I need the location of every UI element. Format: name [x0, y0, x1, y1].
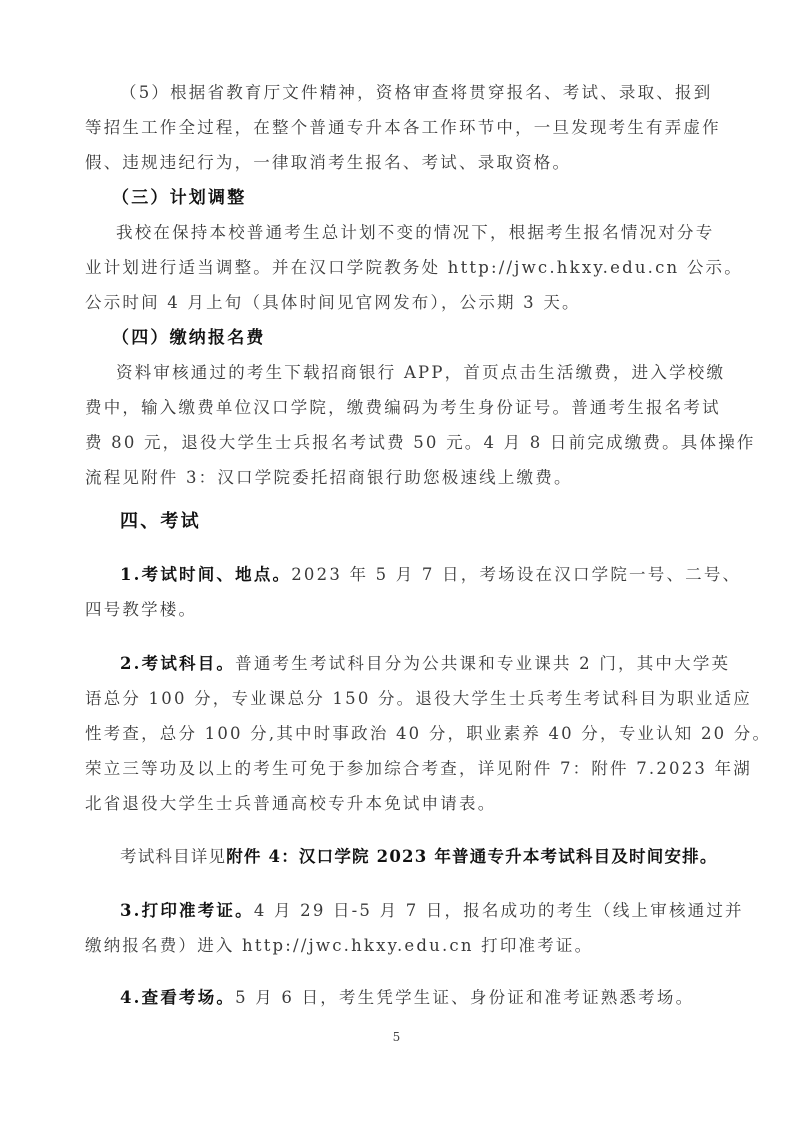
fee-payment-line-3: 费 80 元，退役大学生士兵报名考试费 50 元。4 月 8 日前完成缴费。具体… — [85, 432, 710, 454]
page-number: 5 — [0, 1030, 793, 1044]
paragraph-5-line-1: （5）根据省教育厅文件精神，资格审查将贯穿报名、考试、录取、报到 — [120, 82, 745, 104]
plan-adjustment-line-1: 我校在保持本校普通考生总计划不变的情况下，根据考生报名情况对分专 — [116, 222, 741, 244]
chapter-heading-exam: 四、考试 — [120, 511, 745, 533]
item-3-line-2: 缴纳报名费）进入 http://jwc.hkxy.edu.cn 打印准考证。 — [85, 935, 710, 957]
item-3-label: 3.打印准考证。 — [120, 901, 254, 920]
item-2-label: 2.考试科目。 — [120, 654, 235, 673]
fee-payment-line-1: 资料审核通过的考生下载招商银行 APP，首页点击生活缴费，进入学校缴 — [116, 362, 741, 384]
item-2-line-3: 性考查，总分 100 分,其中时事政治 40 分，职业素养 40 分，专业认知 … — [85, 723, 710, 745]
item-4-line-1: 4.查看考场。5 月 6 日，考生凭学生证、身份证和准考证熟悉考场。 — [120, 987, 745, 1009]
item-1-line-1: 1.考试时间、地点。2023 年 5 月 7 日，考场设在汉口学院一号、二号、 — [120, 564, 745, 586]
item-4-text: 5 月 6 日，考生凭学生证、身份证和准考证熟悉考场。 — [235, 988, 694, 1007]
item-3-text: 4 月 29 日-5 月 7 日，报名成功的考生（线上审核通过并 — [254, 901, 744, 920]
item-2-line-2: 语总分 100 分，专业课总分 150 分。退役大学生士兵考生考试科目为职业适应 — [85, 688, 710, 710]
fee-payment-line-2: 费中，输入缴费单位汉口学院，缴费编码为考生身份证号。普通考生报名考试 — [85, 397, 710, 419]
section-heading-plan-adjustment: （三）计划调整 — [112, 187, 737, 209]
section-heading-fee-payment: （四）缴纳报名费 — [112, 327, 737, 349]
item-3-line-1: 3.打印准考证。4 月 29 日-5 月 7 日，报名成功的考生（线上审核通过并 — [120, 900, 745, 922]
paragraph-5-line-3: 假、违规违纪行为，一律取消考生报名、考试、录取资格。 — [85, 152, 710, 174]
item-2-text: 普通考生考试科目分为公共课和专业课共 2 门，其中大学英 — [235, 654, 730, 673]
subjects-note-prefix: 考试科目详见 — [120, 847, 226, 866]
paragraph-5-line-2: 等招生工作全过程，在整个普通专升本各工作环节中，一旦发现考生有弄虚作 — [85, 117, 710, 139]
subjects-note-attachment: 附件 4：汉口学院 2023 年普通专升本考试科目及时间安排。 — [226, 847, 717, 866]
fee-payment-line-4: 流程见附件 3：汉口学院委托招商银行助您极速线上缴费。 — [85, 467, 710, 489]
item-4-label: 4.查看考场。 — [120, 988, 235, 1007]
item-1-text: 2023 年 5 月 7 日，考场设在汉口学院一号、二号、 — [291, 565, 741, 584]
plan-adjustment-line-3: 公示时间 4 月上旬（具体时间见官网发布），公示期 3 天。 — [85, 292, 710, 314]
item-2-line-4: 荣立三等功及以上的考生可免于参加综合考查，详见附件 7：附件 7.2023 年湖 — [85, 758, 710, 780]
item-1-label: 1.考试时间、地点。 — [120, 565, 291, 584]
item-2-line-1: 2.考试科目。普通考生考试科目分为公共课和专业课共 2 门，其中大学英 — [120, 653, 745, 675]
document-page: （5）根据省教育厅文件精神，资格审查将贯穿报名、考试、录取、报到 等招生工作全过… — [0, 0, 793, 1122]
subjects-note: 考试科目详见附件 4：汉口学院 2023 年普通专升本考试科目及时间安排。 — [120, 846, 745, 868]
item-1-line-2: 四号教学楼。 — [85, 599, 710, 621]
item-2-line-5: 北省退役大学生士兵普通高校专升本免试申请表。 — [85, 793, 710, 815]
plan-adjustment-line-2: 业计划进行适当调整。并在汉口学院教务处 http://jwc.hkxy.edu.… — [85, 257, 710, 279]
